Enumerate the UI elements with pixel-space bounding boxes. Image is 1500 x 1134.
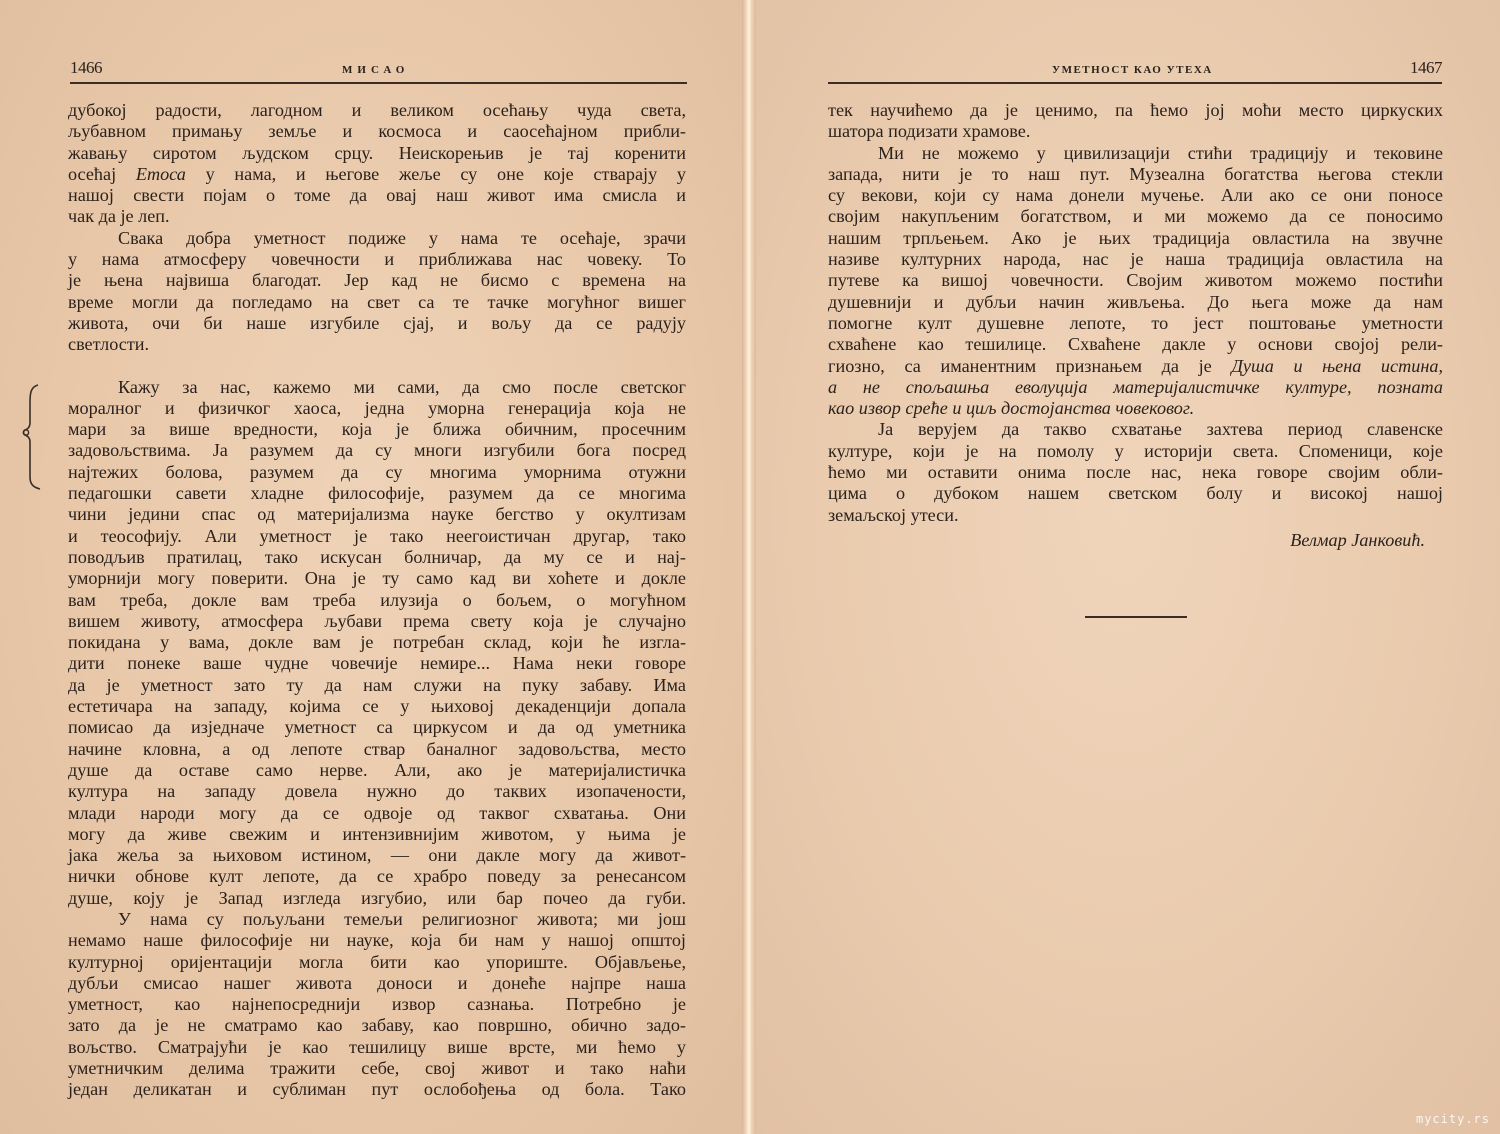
text-line: уморнији могу поверити. Она је ту само к… xyxy=(68,568,686,589)
text-line: моралног и физичког хаоса, једна уморна … xyxy=(68,398,686,419)
text-line: земаљској утеси. xyxy=(828,505,1443,526)
left-running-head: 1466 МИСАО xyxy=(70,56,687,84)
text-line: културној оријентацији могла бити као уп… xyxy=(68,952,686,973)
text-line: чини једини спас од материјализма науке … xyxy=(68,504,686,525)
text-line: немамо наше философије ни науке, која би… xyxy=(68,930,686,951)
text-line: култура на западу довела нужно до таквих… xyxy=(68,781,686,802)
text-line: У нама су пољуљани темељи религиозног жи… xyxy=(68,909,686,930)
left-page: 1466 МИСАО дубокој радости, лагодном и в… xyxy=(0,0,745,1134)
text-line: светлости. xyxy=(68,334,686,355)
watermark: mycity.rs xyxy=(1416,1112,1490,1126)
text-line: покидана у вама, докле вам је потребан с… xyxy=(68,632,686,653)
text-line: задовољствима. Ја разумем да су многи из… xyxy=(68,440,686,461)
text-line: љубавном примању земље и космоса и саосе… xyxy=(68,121,686,142)
text-line: педагошки савети хладне философије, разу… xyxy=(68,483,686,504)
text-line: својим накупљеним богатством, и ми можем… xyxy=(828,206,1443,227)
text-line: ћемо ми оставити онима после нас, нека г… xyxy=(828,462,1443,483)
paragraph: дубокој радости, лагодном и великом осећ… xyxy=(68,100,686,228)
italic-word: Етоса xyxy=(136,164,186,184)
text-line: шатора подизати храмове. xyxy=(828,121,1443,142)
text-line: називе културних народа, нас је наша тра… xyxy=(828,249,1443,270)
text-line: душе, коју је Запад изгледа изгубио, или… xyxy=(68,888,686,909)
text-line: млади народи могу да се одвоје од таквог… xyxy=(68,803,686,824)
book-gutter xyxy=(742,0,756,1134)
paragraph-gap xyxy=(68,356,686,377)
right-running-head: УМЕТНОСТ КАО УТЕХА 1467 xyxy=(828,56,1442,84)
text-line: поводљив пратилац, тако искусан болничар… xyxy=(68,547,686,568)
text-line-with-italic: гиозно, са иманентним признањем да је Ду… xyxy=(828,356,1443,377)
text-line: нашој свести појам о томе да овај наш жи… xyxy=(68,185,686,206)
text-line: зато да је не сматрамо као забаву, као п… xyxy=(68,1015,686,1036)
right-body-text: тек научићемо да је ценимо, па ћемо јој … xyxy=(828,100,1443,551)
text-line: начине кловна, а од лепоте ствар банално… xyxy=(68,739,686,760)
text-line: Кажу за нас, кажемо ми сами, да смо посл… xyxy=(68,377,686,398)
text-line: жавању сиротом људском срцу. Неискорењив… xyxy=(68,143,686,164)
running-title: УМЕТНОСТ КАО УТЕХА xyxy=(1052,64,1213,76)
text-line: мари за више вредности, која је ближа об… xyxy=(68,419,686,440)
text-fragment: у нама, и његове жеље су оне које ствара… xyxy=(186,164,686,184)
text-fragment: гиозно, са иманентним признањем да је xyxy=(828,356,1231,376)
text-line: цима о дубоком нашем светском болу и вис… xyxy=(828,483,1443,504)
paragraph: У нама су пољуљани темељи религиозног жи… xyxy=(68,909,686,1101)
text-line: један деликатан и сублиман пут ослобођењ… xyxy=(68,1079,686,1100)
end-of-article-rule xyxy=(1085,616,1187,618)
text-line: да је уметност зато ту да нам служи на п… xyxy=(68,675,686,696)
text-line: Ја верујем да такво схватање захтева пер… xyxy=(828,419,1443,440)
text-line: запада, нити је то наш пут. Музеална бог… xyxy=(828,164,1443,185)
text-line: и теософију. Али уметност је тако неегои… xyxy=(68,526,686,547)
text-line: културе, који је на помолу у историји св… xyxy=(828,441,1443,462)
text-line: помогне култ душевне лепоте, то јест пош… xyxy=(828,313,1443,334)
text-line: дубљи смисао нашег живота доноси и донећ… xyxy=(68,973,686,994)
text-line: помисао да изједначе уметност са циркусо… xyxy=(68,717,686,738)
text-line: чак да је леп. xyxy=(68,206,686,227)
text-line: вољство. Сматрајући је као тешилицу више… xyxy=(68,1037,686,1058)
text-line: у нама атмосферу човечности и приближава… xyxy=(68,249,686,270)
text-line: вишем животу, атмосфера љубави према све… xyxy=(68,611,686,632)
text-line: нички обнове култ лепоте, да се храбро п… xyxy=(68,866,686,887)
text-line: време могли да погледамо на свет са те т… xyxy=(68,292,686,313)
text-line: естетичара на западу, којима се у њихово… xyxy=(68,696,686,717)
text-line: уметност, као најнепосреднији извор сазн… xyxy=(68,994,686,1015)
paragraph: Кажу за нас, кажемо ми сами, да смо посл… xyxy=(68,377,686,909)
paragraph: Свака добра уметност подиже у нама те ос… xyxy=(68,228,686,356)
text-line: тек научићемо да је ценимо, па ћемо јој … xyxy=(828,100,1443,121)
paragraph: тек научићемо да је ценимо, па ћемо јој … xyxy=(828,100,1443,143)
text-line: могу да живе свежим и интензивнијим живо… xyxy=(68,824,686,845)
text-line: Ми не можемо у цивилизацији стићи традиц… xyxy=(828,143,1443,164)
paragraph: Ми не можемо у цивилизацији стићи традиц… xyxy=(828,143,1443,420)
italic-line: а не спољашња еволуција материјалистичке… xyxy=(828,377,1443,398)
text-line: уметничким делима тражити себе, свој жив… xyxy=(68,1058,686,1079)
book-spread: 1466 МИСАО дубокој радости, лагодном и в… xyxy=(0,0,1500,1134)
text-line: вам треба, докле вам треба илузија о бољ… xyxy=(68,590,686,611)
margin-brace-icon xyxy=(22,383,46,491)
italic-line: као извор среће и циљ достојанства човек… xyxy=(828,398,1443,419)
text-line: је њена највиша благодат. Јер кад не бис… xyxy=(68,270,686,291)
author-signature: Велмар Јанковић. xyxy=(828,530,1443,551)
text-line: душевнији и дубљи начин живљења. До њега… xyxy=(828,292,1443,313)
right-page: УМЕТНОСТ КАО УТЕХА 1467 тек научићемо да… xyxy=(745,0,1500,1134)
left-body-text: дубокој радости, лагодном и великом осећ… xyxy=(68,100,686,1101)
text-line: нашим трпљењем. Ако је њих традиција овл… xyxy=(828,228,1443,249)
text-line-with-italic: осећај Етоса у нама, и његове жеље су он… xyxy=(68,164,686,185)
text-line: дити понеке ваше чудне човечије немире..… xyxy=(68,653,686,674)
text-line: схваћене као тешилице. Схваћене дакле у … xyxy=(828,334,1443,355)
text-line: Свака добра уметност подиже у нама те ос… xyxy=(68,228,686,249)
page-number: 1467 xyxy=(1410,58,1442,78)
italic-phrase: Душа и њена истина, xyxy=(1231,356,1443,376)
running-title: МИСАО xyxy=(342,64,409,76)
text-fragment: осећај xyxy=(68,164,136,184)
text-line: најтежих болова, разумем да су многима у… xyxy=(68,462,686,483)
text-line: јака жеља за њиховом истином, — они дакл… xyxy=(68,845,686,866)
text-line: живота, очи би наше изгубиле сјај, и вољ… xyxy=(68,313,686,334)
text-line: душе да оставе само нерве. Али, ако је м… xyxy=(68,760,686,781)
page-number: 1466 xyxy=(70,58,102,78)
text-line: путеве ка вишој човечности. Својим живот… xyxy=(828,270,1443,291)
text-line: су векови, који су нама донели мучење. А… xyxy=(828,185,1443,206)
text-line: дубокој радости, лагодном и великом осећ… xyxy=(68,100,686,121)
paragraph: Ја верујем да такво схватање захтева пер… xyxy=(828,419,1443,525)
